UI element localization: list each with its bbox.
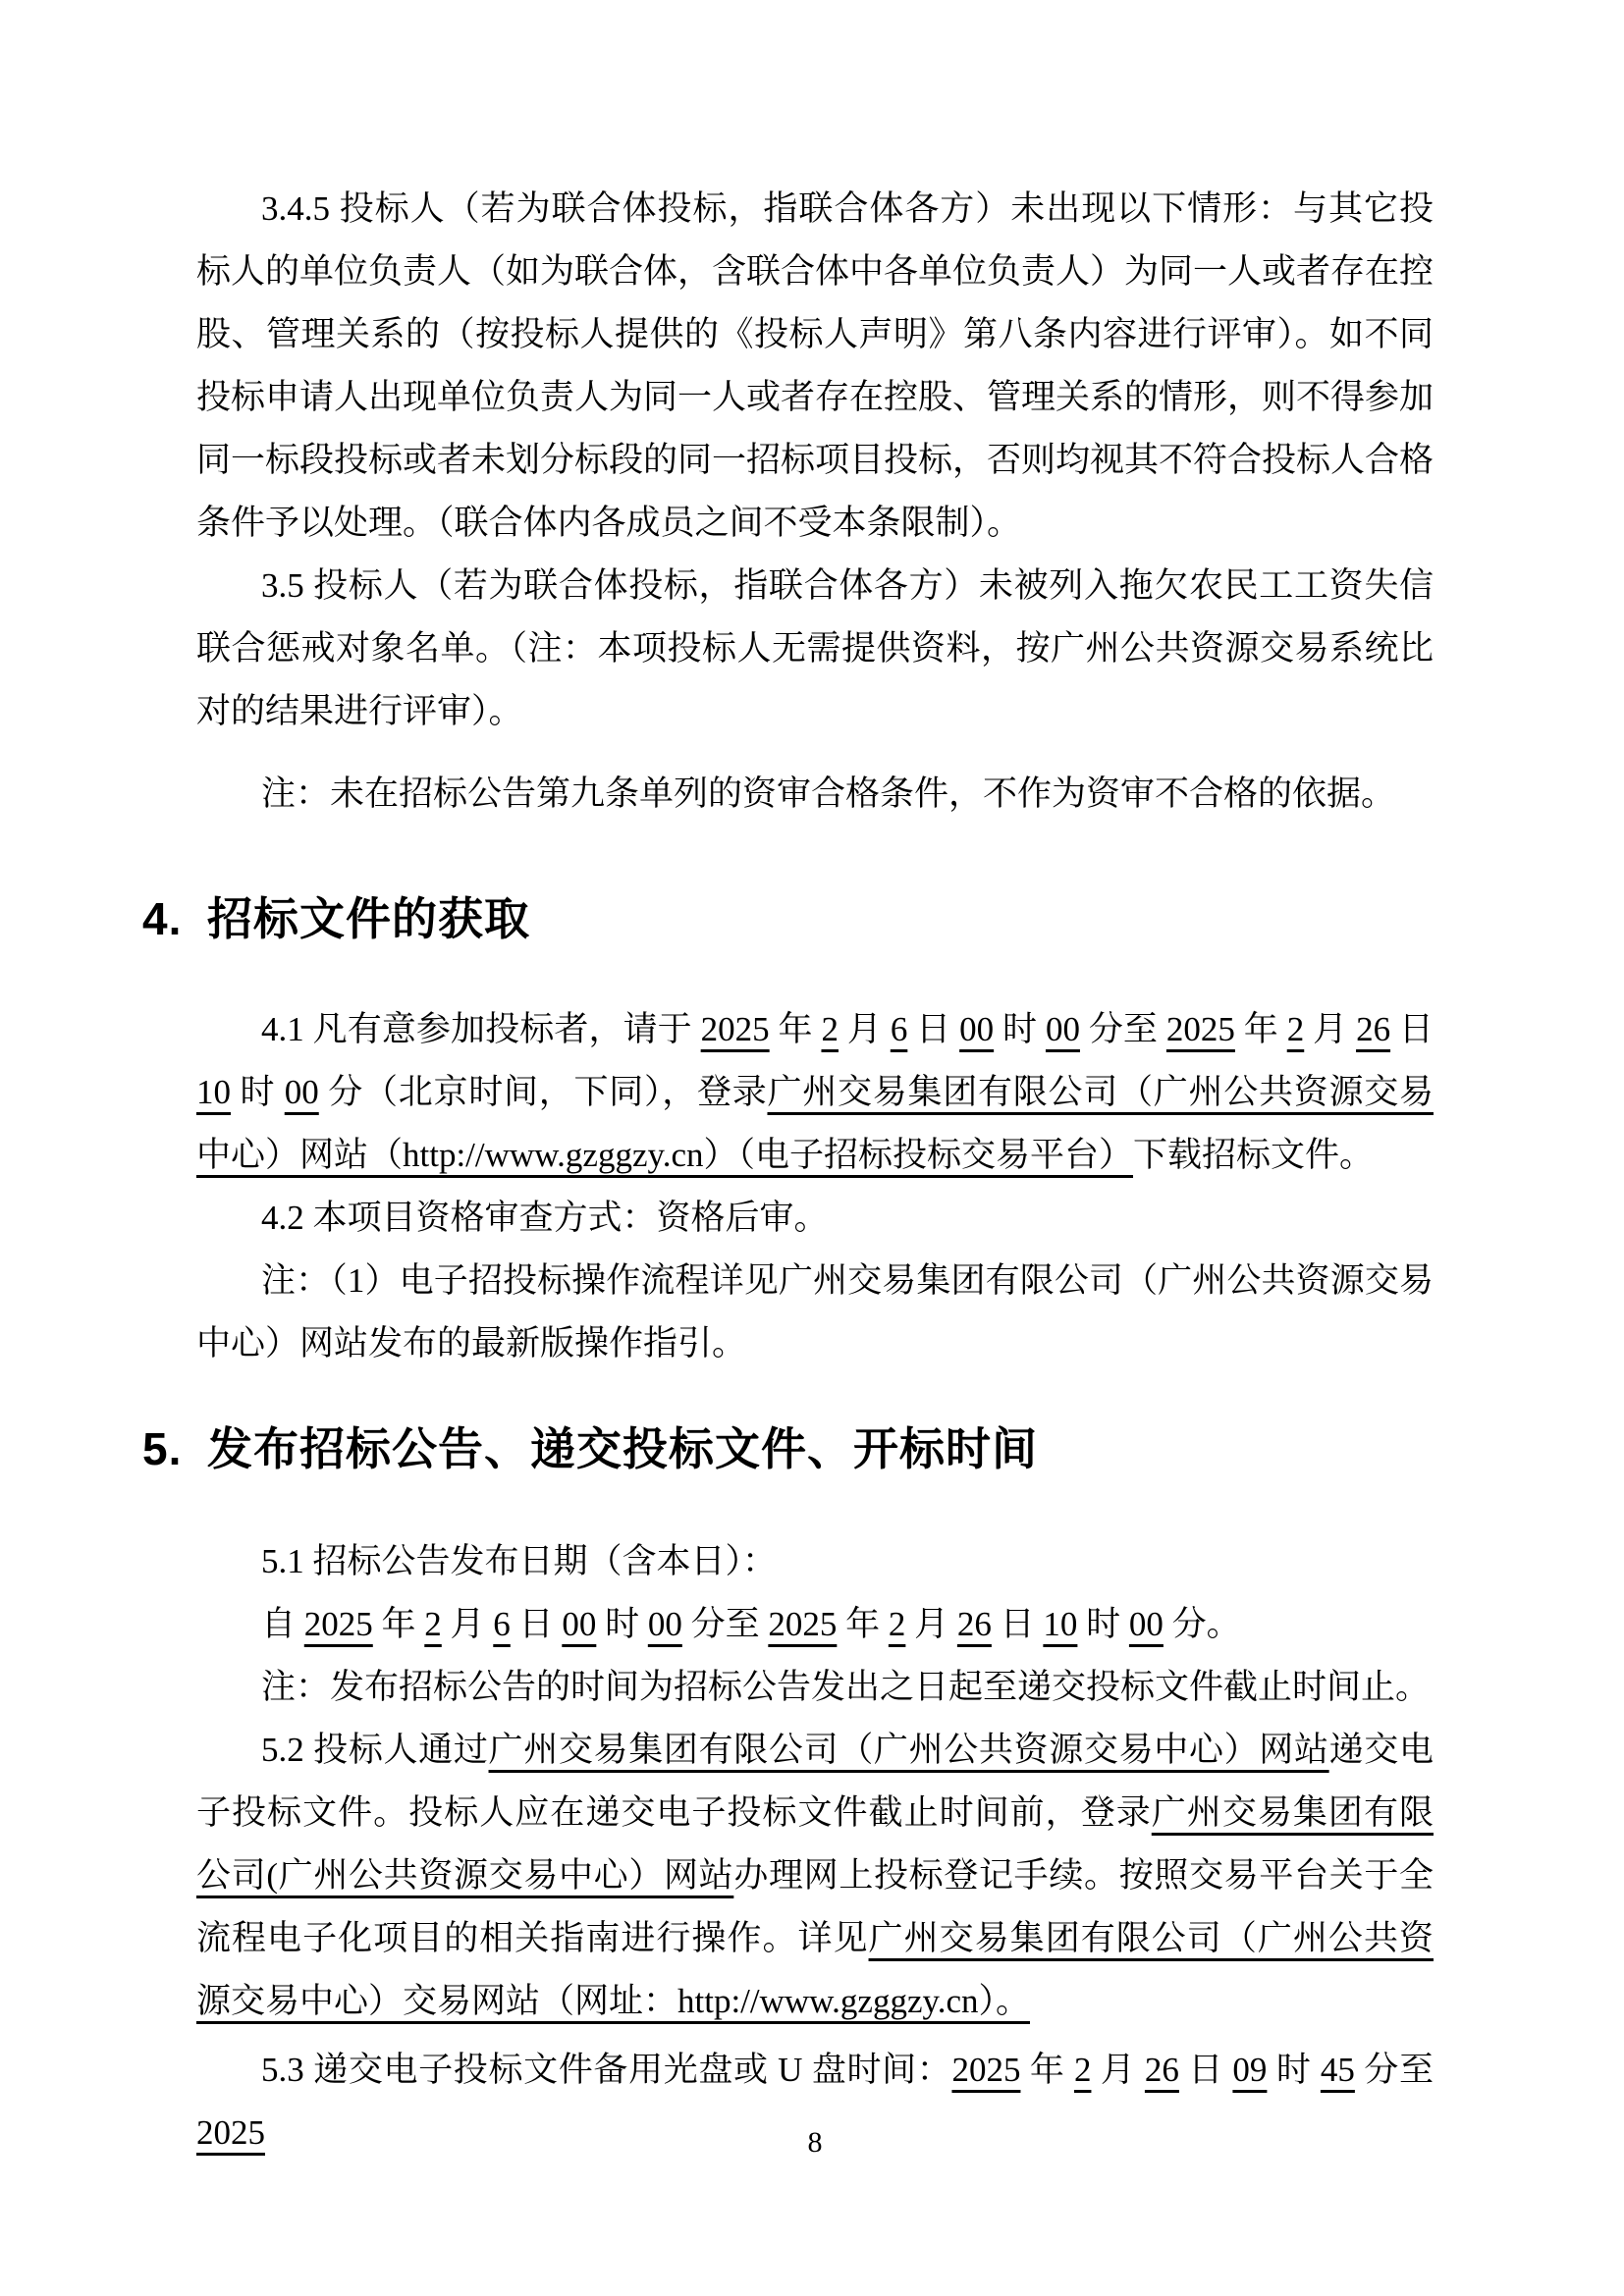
- text-run: 月: [905, 1605, 957, 1643]
- text-run: 自: [261, 1605, 304, 1643]
- heading-4: 4.招标文件的获取: [142, 884, 1434, 953]
- underlined-text-run: 00: [959, 1010, 994, 1048]
- heading-5-text: 发布招标公告、递交投标文件、开标时间: [207, 1423, 1038, 1474]
- text-run: 注：（1）电子招投标操作流程详见广州交易集团有限公司（广州公共资源交易中心）网站…: [196, 1261, 1434, 1362]
- text-run: 分至: [1080, 1010, 1166, 1048]
- text-run: 月: [1304, 1010, 1356, 1048]
- underlined-text-run: 26: [957, 1605, 992, 1643]
- underlined-text-run: 45: [1321, 2051, 1355, 2089]
- text-run: 日: [992, 1605, 1044, 1643]
- underlined-text-run: 10: [1043, 1605, 1077, 1643]
- heading-4-text: 招标文件的获取: [207, 893, 530, 944]
- text-run: 5.2 投标人通过: [261, 1731, 489, 1769]
- heading-4-number: 4.: [142, 884, 207, 953]
- text-run: 时: [1267, 2051, 1320, 2089]
- note-qualification-review: 注：未在招标公告第九条单列的资审合格条件，不作为资审不合格的依据。: [196, 763, 1434, 826]
- page-number: 8: [808, 2126, 823, 2159]
- text-run: 日: [1390, 1010, 1434, 1048]
- underlined-text-run: 2: [1074, 2051, 1092, 2089]
- text-run: 分（北京时间，下同），登录: [319, 1073, 768, 1111]
- text-run: 年: [1235, 1010, 1287, 1048]
- text-run: 分。: [1164, 1605, 1241, 1643]
- underlined-text-run: 2: [889, 1605, 906, 1643]
- underlined-text-run: 09: [1232, 2051, 1267, 2089]
- document-body: 3.4.5 投标人（若为联合体投标，指联合体各方）未出现以下情形：与其它投标人的…: [196, 178, 1434, 2164]
- underlined-text-run: 广州交易集团有限公司（广州公共资源交易中心）网站: [489, 1731, 1329, 1769]
- page-footer: 8: [196, 2125, 1434, 2161]
- underlined-text-run: 6: [493, 1605, 511, 1643]
- underlined-text-run: 00: [1129, 1605, 1164, 1643]
- underlined-text-run: 00: [1046, 1010, 1080, 1048]
- text-run: 月: [839, 1010, 891, 1048]
- text-run: 5.3 递交电子投标文件备用光盘或 U 盘时间：: [261, 2051, 951, 2089]
- document-page: 3.4.5 投标人（若为联合体投标，指联合体各方）未出现以下情形：与其它投标人的…: [0, 0, 1624, 2296]
- text-run: 3.5 投标人（若为联合体投标，指联合体各方）未被列入拖欠农民工工资失信联合惩戒…: [196, 566, 1434, 730]
- para-5-1: 5.1 招标公告发布日期（含本日）：: [196, 1530, 1434, 1593]
- text-run: 分至: [1355, 2051, 1434, 2089]
- para-4-1: 4.1 凡有意参加投标者，请于 2025 年 2 月 6 日 00 时 00 分…: [196, 998, 1434, 1187]
- text-run: 月: [1091, 2051, 1144, 2089]
- text-run: 4.1 凡有意参加投标者，请于: [261, 1010, 701, 1048]
- text-run: 注：发布招标公告的时间为招标公告发出之日起至递交投标文件截止时间止。: [261, 1668, 1430, 1706]
- text-run: 3.4.5 投标人（若为联合体投标，指联合体各方）未出现以下情形：与其它投标人的…: [196, 189, 1434, 542]
- underlined-text-run: 00: [562, 1605, 596, 1643]
- para-4-2: 4.2 本项目资格审查方式：资格后审。: [196, 1187, 1434, 1250]
- text-run: 时: [231, 1073, 285, 1111]
- text-run: 4.2 本项目资格审查方式：资格后审。: [261, 1199, 829, 1237]
- text-run: 时: [994, 1010, 1046, 1048]
- para-3-4-5: 3.4.5 投标人（若为联合体投标，指联合体各方）未出现以下情形：与其它投标人的…: [196, 178, 1434, 555]
- underlined-text-run: 2025: [304, 1605, 373, 1643]
- underlined-text-run: 2: [1287, 1010, 1305, 1048]
- text-run: 注：未在招标公告第九条单列的资审合格条件，不作为资审不合格的依据。: [261, 774, 1395, 813]
- para-5-2: 5.2 投标人通过广州交易集团有限公司（广州公共资源交易中心）网站递交电子投标文…: [196, 1719, 1434, 2033]
- text-run: 时: [1077, 1605, 1129, 1643]
- underlined-text-run: 26: [1145, 2051, 1179, 2089]
- text-run: 5.1 招标公告发布日期（含本日）：: [261, 1542, 777, 1580]
- underlined-text-run: 00: [648, 1605, 682, 1643]
- note-5-1-publish-time: 注：发布招标公告的时间为招标公告发出之日起至递交投标文件截止时间止。: [196, 1656, 1434, 1719]
- underlined-text-run: 00: [285, 1073, 319, 1111]
- underlined-text-run: 2: [821, 1010, 839, 1048]
- underlined-text-run: 10: [196, 1073, 231, 1111]
- underlined-text-run: 6: [891, 1010, 908, 1048]
- underlined-text-run: 2: [424, 1605, 442, 1643]
- underlined-text-run: 2025: [1166, 1010, 1235, 1048]
- text-run: 年: [373, 1605, 425, 1643]
- text-run: 日: [1179, 2051, 1232, 2089]
- underlined-text-run: 2025: [768, 1605, 837, 1643]
- text-run: 月: [442, 1605, 494, 1643]
- underlined-text-run: 26: [1356, 1010, 1390, 1048]
- text-run: 日: [511, 1605, 563, 1643]
- underlined-text-run: 2025: [701, 1010, 770, 1048]
- text-run: 日: [907, 1010, 959, 1048]
- heading-5: 5.发布招标公告、递交投标文件、开标时间: [142, 1415, 1434, 1483]
- heading-5-number: 5.: [142, 1415, 207, 1483]
- text-run: 年: [770, 1010, 822, 1048]
- para-3-5: 3.5 投标人（若为联合体投标，指联合体各方）未被列入拖欠农民工工资失信联合惩戒…: [196, 555, 1434, 743]
- text-run: 下载招标文件。: [1133, 1136, 1374, 1174]
- underlined-text-run: 2025: [951, 2051, 1020, 2089]
- text-run: 年: [837, 1605, 889, 1643]
- text-run: 年: [1020, 2051, 1073, 2089]
- text-run: 分至: [682, 1605, 769, 1643]
- text-run: 时: [596, 1605, 648, 1643]
- note-4-operation-guide: 注：（1）电子招投标操作流程详见广州交易集团有限公司（广州公共资源交易中心）网站…: [196, 1250, 1434, 1375]
- para-5-1-date-range: 自 2025 年 2 月 6 日 00 时 00 分至 2025 年 2 月 2…: [196, 1593, 1434, 1656]
